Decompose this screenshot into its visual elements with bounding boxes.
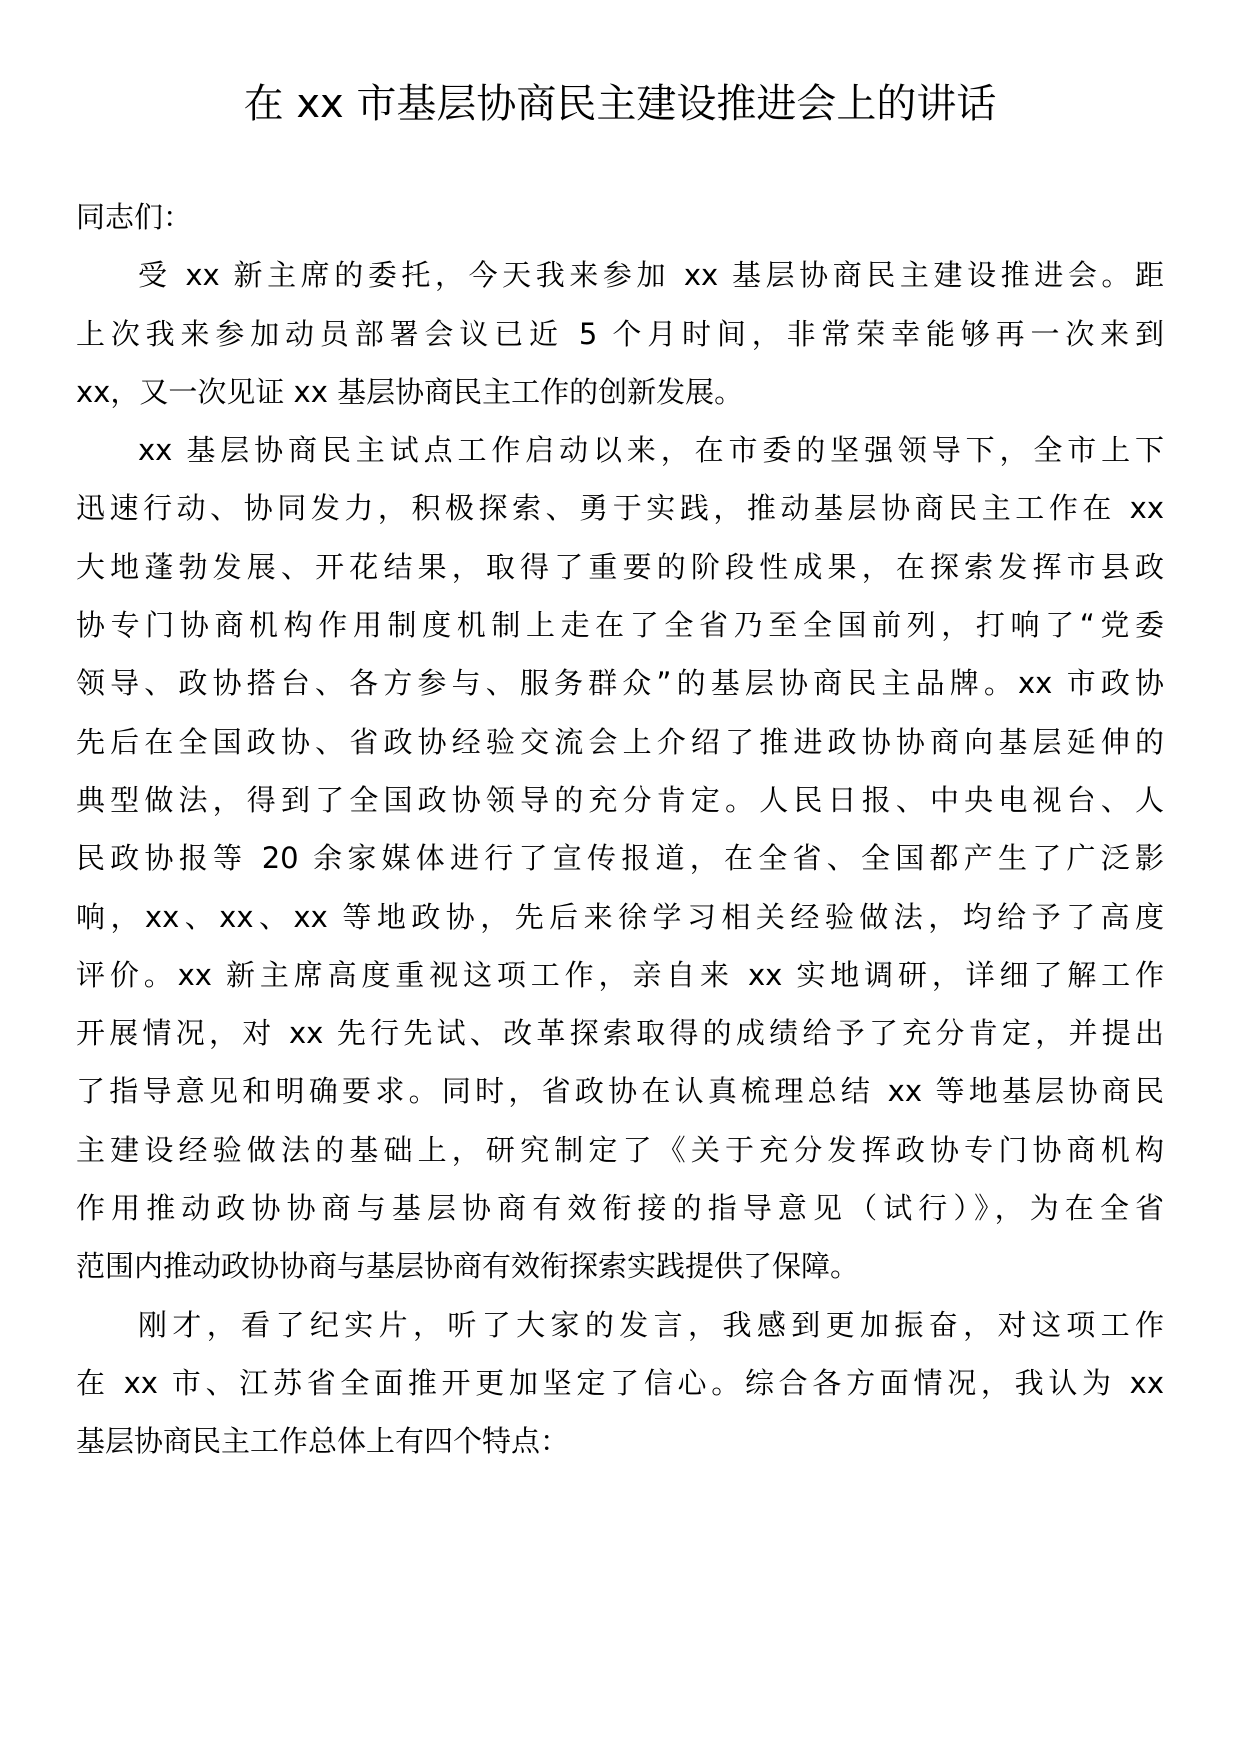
paragraph-line: 评价。xx 新主席高度重视这项工作，亲自来 xx 实地调研，详细了解工作 [76,946,1164,1004]
paragraph-line: xx，又一次见证 xx 基层协商民主工作的创新发展。 [76,363,1164,421]
document-title: 在 xx 市基层协商民主建设推进会上的讲话 [0,78,1240,130]
document-body: 同志们： 受 xx 新主席的委托，今天我来参加 xx 基层协商民主建设推进会。距… [76,188,1164,1471]
document-page: 在 xx 市基层协商民主建设推进会上的讲话 同志们： 受 xx 新主席的委托，今… [0,0,1240,1754]
salutation: 同志们： [76,188,1164,246]
paragraph-line: 刚才，看了纪实片，听了大家的发言，我感到更加振奋，对这项工作 [76,1296,1164,1354]
paragraph-line: 开展情况，对 xx 先行先试、改革探索取得的成绩给予了充分肯定，并提出 [76,1004,1164,1062]
paragraph-line: 民政协报等 20 余家媒体进行了宣传报道，在全省、全国都产生了广泛影 [76,829,1164,887]
paragraph-line: 主建设经验做法的基础上，研究制定了《关于充分发挥政协专门协商机构 [76,1121,1164,1179]
paragraph-line: 受 xx 新主席的委托，今天我来参加 xx 基层协商民主建设推进会。距 [76,246,1164,304]
paragraph-line: 范围内推动政协协商与基层协商有效衔探索实践提供了保障。 [76,1237,1164,1295]
paragraph-line: 迅速行动、协同发力，积极探索、勇于实践，推动基层协商民主工作在 xx [76,479,1164,537]
paragraph-line: 在 xx 市、江苏省全面推开更加坚定了信心。综合各方面情况，我认为 xx [76,1354,1164,1412]
paragraph-line: 先后在全国政协、省政协经验交流会上介绍了推进政协协商向基层延伸的 [76,713,1164,771]
paragraph-line: 大地蓬勃发展、开花结果，取得了重要的阶段性成果，在探索发挥市县政 [76,538,1164,596]
paragraph-line: 基层协商民主工作总体上有四个特点： [76,1412,1164,1470]
paragraph-line: xx 基层协商民主试点工作启动以来，在市委的坚强领导下，全市上下 [76,421,1164,479]
paragraph-line: 领导、政协搭台、各方参与、服务群众”的基层协商民主品牌。xx 市政协 [76,654,1164,712]
paragraph-2: xx 基层协商民主试点工作启动以来，在市委的坚强领导下，全市上下 迅速行动、协同… [76,421,1164,1295]
paragraph-line: 响，xx、xx、xx 等地政协，先后来徐学习相关经验做法，均给予了高度 [76,888,1164,946]
paragraph-line: 协专门协商机构作用制度机制上走在了全省乃至全国前列，打响了“党委 [76,596,1164,654]
paragraph-3: 刚才，看了纪实片，听了大家的发言，我感到更加振奋，对这项工作 在 xx 市、江苏… [76,1296,1164,1471]
paragraph-1: 受 xx 新主席的委托，今天我来参加 xx 基层协商民主建设推进会。距 上次我来… [76,246,1164,421]
paragraph-line: 作用推动政协协商与基层协商有效衔接的指导意见（试行）》，为在全省 [76,1179,1164,1237]
paragraph-line: 典型做法，得到了全国政协领导的充分肯定。人民日报、中央电视台、人 [76,771,1164,829]
paragraph-line: 了指导意见和明确要求。同时，省政协在认真梳理总结 xx 等地基层协商民 [76,1062,1164,1120]
paragraph-line: 上次我来参加动员部署会议已近 5 个月时间，非常荣幸能够再一次来到 [76,305,1164,363]
